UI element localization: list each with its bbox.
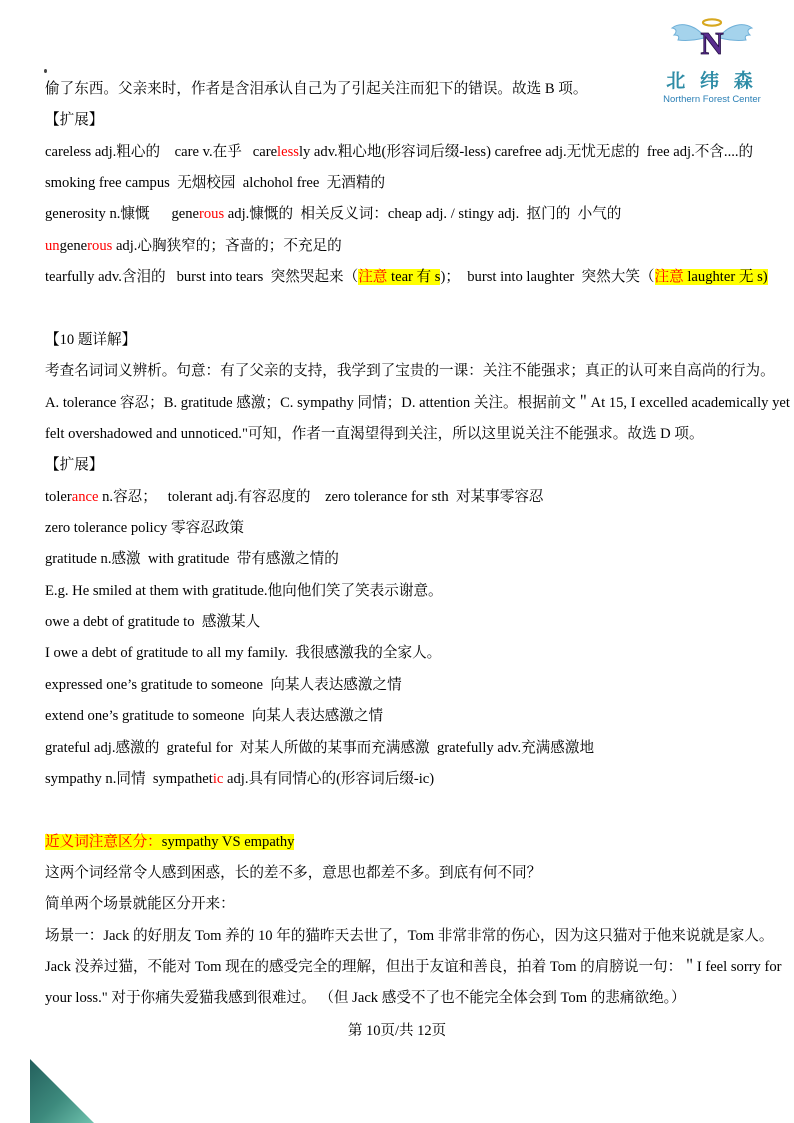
highlighted-red-text-segment: 近义词注意区分： (45, 834, 162, 850)
text-segment: 【10 题详解】 (45, 332, 136, 348)
text-line: extend one’s gratitude to someone 向某人表达感… (45, 701, 759, 732)
stray-dot (44, 69, 47, 73)
text-segment: owe a debt of gratitude to 感激某人 (45, 614, 260, 630)
red-text-segment: rous (199, 206, 224, 222)
text-line (45, 294, 759, 325)
text-line: your loss." 对于你痛失爱猫我感到很难过。 （但 Jack 感受不了也… (45, 983, 759, 1014)
text-segment: adj.心胸狭窄的；吝啬的；不充足的 (112, 238, 341, 254)
text-line: tolerance n.容忍； tolerant adj.有容忍度的 zero … (45, 482, 759, 513)
logo-letter: N (700, 25, 723, 60)
text-segment: 【扩展】 (45, 457, 103, 473)
text-line: A. tolerance 容忍；B. gratitude 感激；C. sympa… (45, 388, 759, 419)
text-segment: gratitude n.感激 with gratitude 带有感激之情的 (45, 551, 339, 567)
text-line: owe a debt of gratitude to 感激某人 (45, 607, 759, 638)
highlighted-red-text-segment: 注意 (655, 269, 684, 285)
text-line: grateful adj.感激的 grateful for 对某人所做的某事而充… (45, 733, 759, 764)
text-segment: felt overshadowed and unnoticed."可知，作者一直… (45, 426, 704, 442)
text-segment: expressed one’s gratitude to someone 向某人… (45, 677, 402, 693)
logo-n-icon: N (664, 16, 760, 60)
document-page: N 北 纬 森 Northern Forest Center 偷了东西。父亲来时… (0, 0, 794, 1123)
document-body: 偷了东西。父亲来时，作者是含泪承认自己为了引起关注而犯下的错误。故选 B 项。【… (45, 74, 759, 1015)
text-line: tearfully adv.含泪的 burst into tears 突然哭起来… (45, 262, 759, 293)
right-wing-icon (720, 25, 752, 41)
text-segment: generosity n.慷慨 gene (45, 206, 199, 222)
page-number: 第 10页/共 12页 (0, 1021, 794, 1041)
red-text-segment: ance (72, 489, 99, 505)
highlighted-red-text-segment: 注意 (358, 269, 387, 285)
red-text-segment: ic (213, 771, 224, 787)
text-segment: grateful adj.感激的 grateful for 对某人所做的某事而充… (45, 740, 594, 756)
text-segment: 偷了东西。父亲来时，作者是含泪承认自己为了引起关注而犯下的错误。故选 B 项。 (45, 81, 587, 97)
text-line: 简单两个场景就能区分开来： (45, 889, 759, 920)
text-segment: )； burst into laughter 突然大笑（ (440, 269, 654, 285)
text-line: felt overshadowed and unnoticed."可知，作者一直… (45, 419, 759, 450)
text-line: generosity n.慷慨 generous adj.慷慨的 相关反义词：c… (45, 199, 759, 230)
text-segment: Jack 没养过猫，不能对 Tom 现在的感受完全的理解，但出于友谊和善良，拍着… (45, 959, 782, 975)
text-segment: careless adj.粗心的 care v.在乎 care (45, 144, 277, 160)
text-line: 【10 题详解】 (45, 325, 759, 356)
text-line: E.g. He smiled at them with gratitude.他向… (45, 576, 759, 607)
text-line: 偷了东西。父亲来时，作者是含泪承认自己为了引起关注而犯下的错误。故选 B 项。 (45, 74, 759, 105)
text-segment: adj.具有同情心的(形容词后缀-ic) (223, 771, 434, 787)
text-segment: 【扩展】 (45, 112, 103, 128)
text-line: zero tolerance policy 零容忍政策 (45, 513, 759, 544)
text-line: careless adj.粗心的 care v.在乎 carelessly ad… (45, 137, 759, 168)
text-line: 考查名词词义辨析。句意：有了父亲的支持，我学到了宝贵的一课：关注不能强求；真正的… (45, 356, 759, 387)
red-text-segment: un (45, 238, 60, 254)
text-line: 【扩展】 (45, 105, 759, 136)
text-line: 近义词注意区分：sympathy VS empathy (45, 827, 759, 858)
text-segment: extend one’s gratitude to someone 向某人表达感… (45, 708, 383, 724)
corner-triangle-decoration (30, 1059, 94, 1123)
text-segment: E.g. He smiled at them with gratitude.他向… (45, 583, 443, 599)
text-segment: n.容忍； tolerant adj.有容忍度的 zero tolerance … (98, 489, 543, 505)
text-segment: 这两个词经常令人感到困惑，长的差不多，意思也都差不多。到底有何不同？ (45, 865, 541, 881)
text-line: Jack 没养过猫，不能对 Tom 现在的感受完全的理解，但出于友谊和善良，拍着… (45, 952, 759, 983)
red-text-segment: rous (87, 238, 112, 254)
text-segment: I owe a debt of gratitude to all my fami… (45, 645, 441, 661)
highlighted-text-segment: tear 有 s (387, 269, 440, 285)
text-segment: ly adv.粗心地(形容词后缀-less) carefree adj.无忧无虑… (299, 144, 753, 160)
text-segment: 简单两个场景就能区分开来： (45, 896, 235, 912)
text-segment: toler (45, 489, 72, 505)
text-segment: your loss." 对于你痛失爱猫我感到很难过。 （但 Jack 感受不了也… (45, 990, 686, 1006)
text-segment: tearfully adv.含泪的 burst into tears 突然哭起来… (45, 269, 358, 285)
red-text-segment: less (277, 144, 299, 160)
highlighted-text-segment: laughter 无 s) (684, 269, 768, 285)
left-wing-icon (672, 25, 704, 41)
text-segment: sympathy n.同情 sympathet (45, 771, 213, 787)
text-segment: 考查名词词义辨析。句意：有了父亲的支持，我学到了宝贵的一课：关注不能强求；真正的… (45, 363, 775, 379)
text-segment: A. tolerance 容忍；B. gratitude 感激；C. sympa… (45, 395, 790, 411)
text-line: gratitude n.感激 with gratitude 带有感激之情的 (45, 544, 759, 575)
text-segment: gene (60, 238, 88, 254)
text-line: I owe a debt of gratitude to all my fami… (45, 638, 759, 669)
text-line: 【扩展】 (45, 450, 759, 481)
text-line: ungenerous adj.心胸狭窄的；吝啬的；不充足的 (45, 231, 759, 262)
text-segment: 场景一：Jack 的好朋友 Tom 养的 10 年的猫昨天去世了，Tom 非常非… (45, 928, 773, 944)
text-line: smoking free campus 无烟校园 alchohol free 无… (45, 168, 759, 199)
text-line: 场景一：Jack 的好朋友 Tom 养的 10 年的猫昨天去世了，Tom 非常非… (45, 921, 759, 952)
highlighted-text-segment: sympathy VS empathy (162, 834, 295, 850)
text-line: sympathy n.同情 sympathetic adj.具有同情心的(形容词… (45, 764, 759, 795)
text-segment: smoking free campus 无烟校园 alchohol free 无… (45, 175, 385, 191)
text-segment: adj.慷慨的 相关反义词：cheap adj. / stingy adj. 抠… (224, 206, 621, 222)
text-line (45, 795, 759, 826)
text-segment: zero tolerance policy 零容忍政策 (45, 520, 244, 536)
text-line: 这两个词经常令人感到困惑，长的差不多，意思也都差不多。到底有何不同？ (45, 858, 759, 889)
text-line: expressed one’s gratitude to someone 向某人… (45, 670, 759, 701)
